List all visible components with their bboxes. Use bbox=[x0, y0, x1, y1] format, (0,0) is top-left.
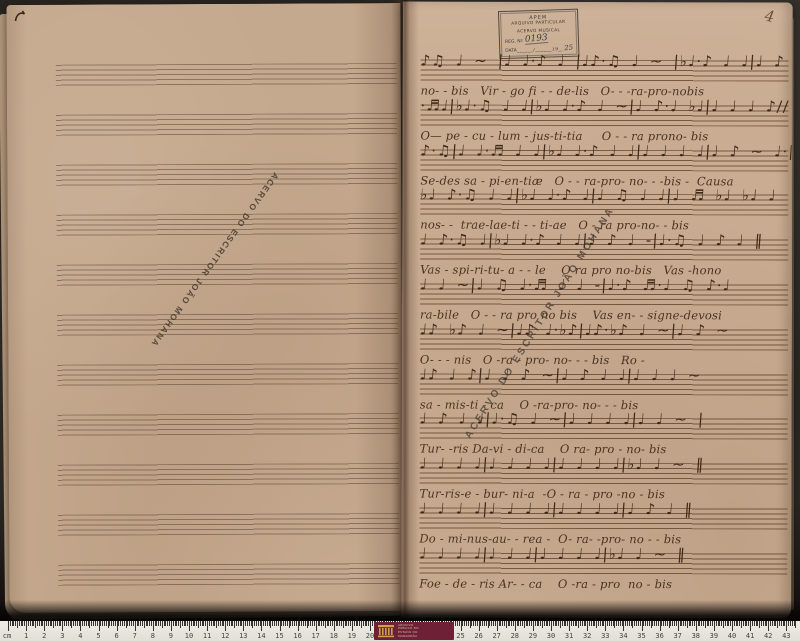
music-systems: ♪♫ ♩ ~ |♩ ♩·♪ ♩ |♩♪·♫ ♩ ~ |♭♩·♪ ♩ ♩|♩ ♪ … bbox=[403, 1, 793, 2]
staff-lines: ♩ ♪·♫ ♩|♭♩ ♩·♪ ♩ ♩|♩ ♪ ♩ -|♩·♫ ♩ ♪ ♩ ‖ bbox=[420, 239, 788, 261]
ruler-number: 42 bbox=[764, 632, 772, 640]
ruler-number: 10 bbox=[185, 632, 193, 640]
ruler-number: 3 bbox=[60, 632, 64, 640]
ruler-number: 33 bbox=[601, 632, 609, 640]
music-system: ♩ ♩ ♩ ♩|♩ ♩ ♩|♩ ♩ ♩ ♩|♭♩ ♩ ~ ‖Foe - de -… bbox=[419, 552, 787, 597]
ruler-number: 26 bbox=[474, 632, 482, 640]
notes-row: ♪♫ ♩ ~ |♩ ♩·♪ ♩ |♩♪·♫ ♩ ~ |♭♩·♪ ♩ ♩|♩ ♪ … bbox=[420, 52, 789, 71]
staff-lines: ♩ ♩ ♩ ♩|♩ ♩ ♩|♩ ♩ ♩ ♩|♭♩ ♩ ~ ‖ bbox=[419, 552, 787, 574]
right-music-page: APEM ARQUIVO PARTICULAR ACERVO MUSICAL R… bbox=[401, 1, 793, 618]
ruler-number: 15 bbox=[275, 632, 283, 640]
page-stack-edge bbox=[791, 18, 794, 610]
staff-lines: ♩♪ ♩ ♪|♩ ♩ ♪ ~|♩ ♪ ♩ ♩|♩ ♩ ♩ ~ bbox=[420, 373, 788, 395]
ruler-number: 40 bbox=[728, 632, 736, 640]
ruler-number: 2 bbox=[42, 632, 46, 640]
ruler-number: 12 bbox=[221, 632, 229, 640]
book-shadow bbox=[0, 600, 800, 621]
staff-lines: ♩ ♩ ~|♩ ♫ ♩·♬ ♩ ♩ -|♩·♪ ♬·♩ ♫ ♪·♩ bbox=[420, 284, 788, 306]
left-page-staves bbox=[6, 3, 400, 5]
ruler-number: 20 bbox=[366, 632, 374, 640]
ruler: cm12345678910111213141516171819202122232… bbox=[0, 621, 800, 641]
ruler-number: 18 bbox=[330, 632, 338, 640]
staff-lines: ♩♪ ♭♪ ♩ ~|♩♪ ♩·♭♪|♩♪·♭♪ ♩ ~|♩ ♪ ~ bbox=[420, 328, 788, 350]
ruler-number: 4 bbox=[78, 632, 82, 640]
apem-badge: ARQUIVOPÚBLICO DOESTADO DOMARANHÃO bbox=[374, 622, 454, 640]
badge-text: ARQUIVOPÚBLICO DOESTADO DOMARANHÃO bbox=[398, 624, 419, 638]
ruler-number: 43 bbox=[782, 632, 790, 640]
notes-row: ♩♪ ♩ ♪|♩ ♩ ♪ ~|♩ ♪ ♩ ♩|♩ ♩ ♩ ~ bbox=[419, 365, 788, 384]
ruler-number: 41 bbox=[746, 632, 754, 640]
ruler-number: 36 bbox=[655, 632, 663, 640]
ruler-number: 11 bbox=[203, 632, 211, 640]
ruler-number: 19 bbox=[348, 632, 356, 640]
reg-label: REG. Nº bbox=[505, 39, 523, 45]
ruler-number: 29 bbox=[529, 632, 537, 640]
notes-row: ♩♪ ♭♪ ♩ ~|♩♪ ♩·♭♪|♩♪·♭♪ ♩ ~|♩ ♪ ~ bbox=[419, 320, 788, 339]
reg-number-handwritten: 0193 bbox=[524, 34, 548, 45]
staff-lines: ♪·♫|♩ ♩·♬ ♩ ♩|♭♩ ♩·♪ ♩ ♩|♩ ♩ ♩ ♩|♩ ♪ ~ ♩… bbox=[420, 149, 788, 171]
notes-row: ♩ ♩ ♩ ♩|♩ ♩ ♩ ♩|♩ ♩ ♩ ♩|♩ ♪ ♩ ‖ bbox=[419, 500, 788, 519]
ruler-number: 28 bbox=[511, 632, 519, 640]
ruler-number: 34 bbox=[619, 632, 627, 640]
ruler-number: 32 bbox=[583, 632, 591, 640]
notes-row: ♭♩ ♪·♫ ♩ ♩|♭♩ ♩·♪ ♩|♩ ♫ ♩ ♩|♩ ♬ ♭♩ ♭♩ ♩ bbox=[420, 186, 789, 205]
empty-staff bbox=[57, 263, 398, 286]
ruler-number: 37 bbox=[673, 632, 681, 640]
pen-mark-icon bbox=[12, 9, 28, 23]
empty-staff bbox=[56, 63, 397, 86]
empty-staff bbox=[57, 313, 398, 336]
staff-lines: ·♬♩|♭♩·♫ ♩ ♩|♭♩ ♩·♪ ♩ ~|♩ ♪·♩ ♭♩|♩ ♩ ♩ ♪… bbox=[420, 104, 788, 126]
building-icon bbox=[376, 624, 396, 638]
staff-lines: ♩ ♩ ♩ ♩|♩ ♩ ♩ ♩|♩ ♩ ♩ ♩|♭♩ ♩ ~ ‖ bbox=[420, 463, 788, 485]
empty-staff bbox=[56, 163, 397, 186]
ruler-number: 6 bbox=[114, 632, 118, 640]
stamp-subtitle: ARQUIVO PARTICULAR bbox=[506, 20, 571, 27]
ruler-number: 35 bbox=[637, 632, 645, 640]
ruler-unit-label: cm bbox=[3, 632, 11, 640]
ruler-number: 8 bbox=[151, 632, 155, 640]
ruler-number: 9 bbox=[169, 632, 173, 640]
badge-text-line: MARANHÃO bbox=[398, 635, 419, 639]
ruler-number: 7 bbox=[133, 632, 137, 640]
ruler-number: 30 bbox=[547, 632, 555, 640]
tick bbox=[795, 621, 796, 628]
ruler-number: 5 bbox=[96, 632, 100, 640]
ruler-number: 14 bbox=[257, 632, 265, 640]
empty-staff bbox=[58, 413, 399, 436]
ruler-number: 16 bbox=[293, 632, 301, 640]
notes-row: ♪·♫|♩ ♩·♬ ♩ ♩|♭♩ ♩·♪ ♩ ♩|♩ ♩ ♩ ♩|♩ ♪ ~ ♩… bbox=[420, 141, 789, 160]
ruler-number: 39 bbox=[710, 632, 718, 640]
empty-staff bbox=[57, 363, 398, 386]
empty-staff bbox=[58, 513, 399, 536]
empty-staff bbox=[58, 563, 399, 586]
lyric-line: Foe - de - ris Ar- - ca O -ra - pro no -… bbox=[419, 576, 787, 591]
notes-row: ♩ ♪·♫ ♩|♭♩ ♩·♪ ♩ ♩|♩ ♪ ♩ -|♩·♫ ♩ ♪ ♩ ‖ bbox=[420, 231, 789, 250]
stamp-inner-border: APEM ARQUIVO PARTICULAR ACERVO MUSICAL R… bbox=[500, 11, 577, 57]
staff-lines: ♪♫ ♩ ~ |♩ ♩·♪ ♩ |♩♪·♫ ♩ ~ |♭♩·♪ ♩ ♩|♩ ♪ … bbox=[421, 60, 789, 82]
notes-row: ·♬♩|♭♩·♫ ♩ ♩|♭♩ ♩·♪ ♩ ~|♩ ♪·♩ ♭♩|♩ ♩ ♩ ♪… bbox=[420, 96, 789, 115]
scanned-manuscript: ACERVO DO ESCRITOR JOÃO MOHANA APEM ARQU… bbox=[0, 0, 800, 641]
staff-lines: ♩ ♩ ♩ ♩|♩ ♩ ♩ ♩|♩ ♩ ♩ ♩|♩ ♪ ♩ ‖ bbox=[419, 508, 787, 530]
empty-staff bbox=[58, 463, 399, 486]
ruler-number: 38 bbox=[692, 632, 700, 640]
ruler-number: 1 bbox=[24, 632, 28, 640]
ruler-number: 31 bbox=[565, 632, 573, 640]
ruler-number: 27 bbox=[492, 632, 500, 640]
notes-row: ♩ ♩ ♩ ♩|♩ ♩ ♩ ♩|♩ ♩ ♩ ♩|♭♩ ♩ ~ ‖ bbox=[419, 455, 788, 474]
page-number: 4 bbox=[763, 7, 776, 26]
empty-staff bbox=[56, 113, 397, 136]
ruler-number: 13 bbox=[239, 632, 247, 640]
left-blank-page: ACERVO DO ESCRITOR JOÃO MOHANA bbox=[6, 3, 403, 613]
notes-row: ♩ ♩ ♩ ♩|♩ ♩ ♩|♩ ♩ ♩ ♩|♭♩ ♩ ~ ‖ bbox=[419, 544, 788, 563]
ruler-number: 17 bbox=[311, 632, 319, 640]
notes-row: ♩ ♩ ~|♩ ♫ ♩·♬ ♩ ♩ -|♩·♪ ♬·♩ ♫ ♪·♩ bbox=[419, 276, 788, 295]
ruler-number: 25 bbox=[456, 632, 464, 640]
